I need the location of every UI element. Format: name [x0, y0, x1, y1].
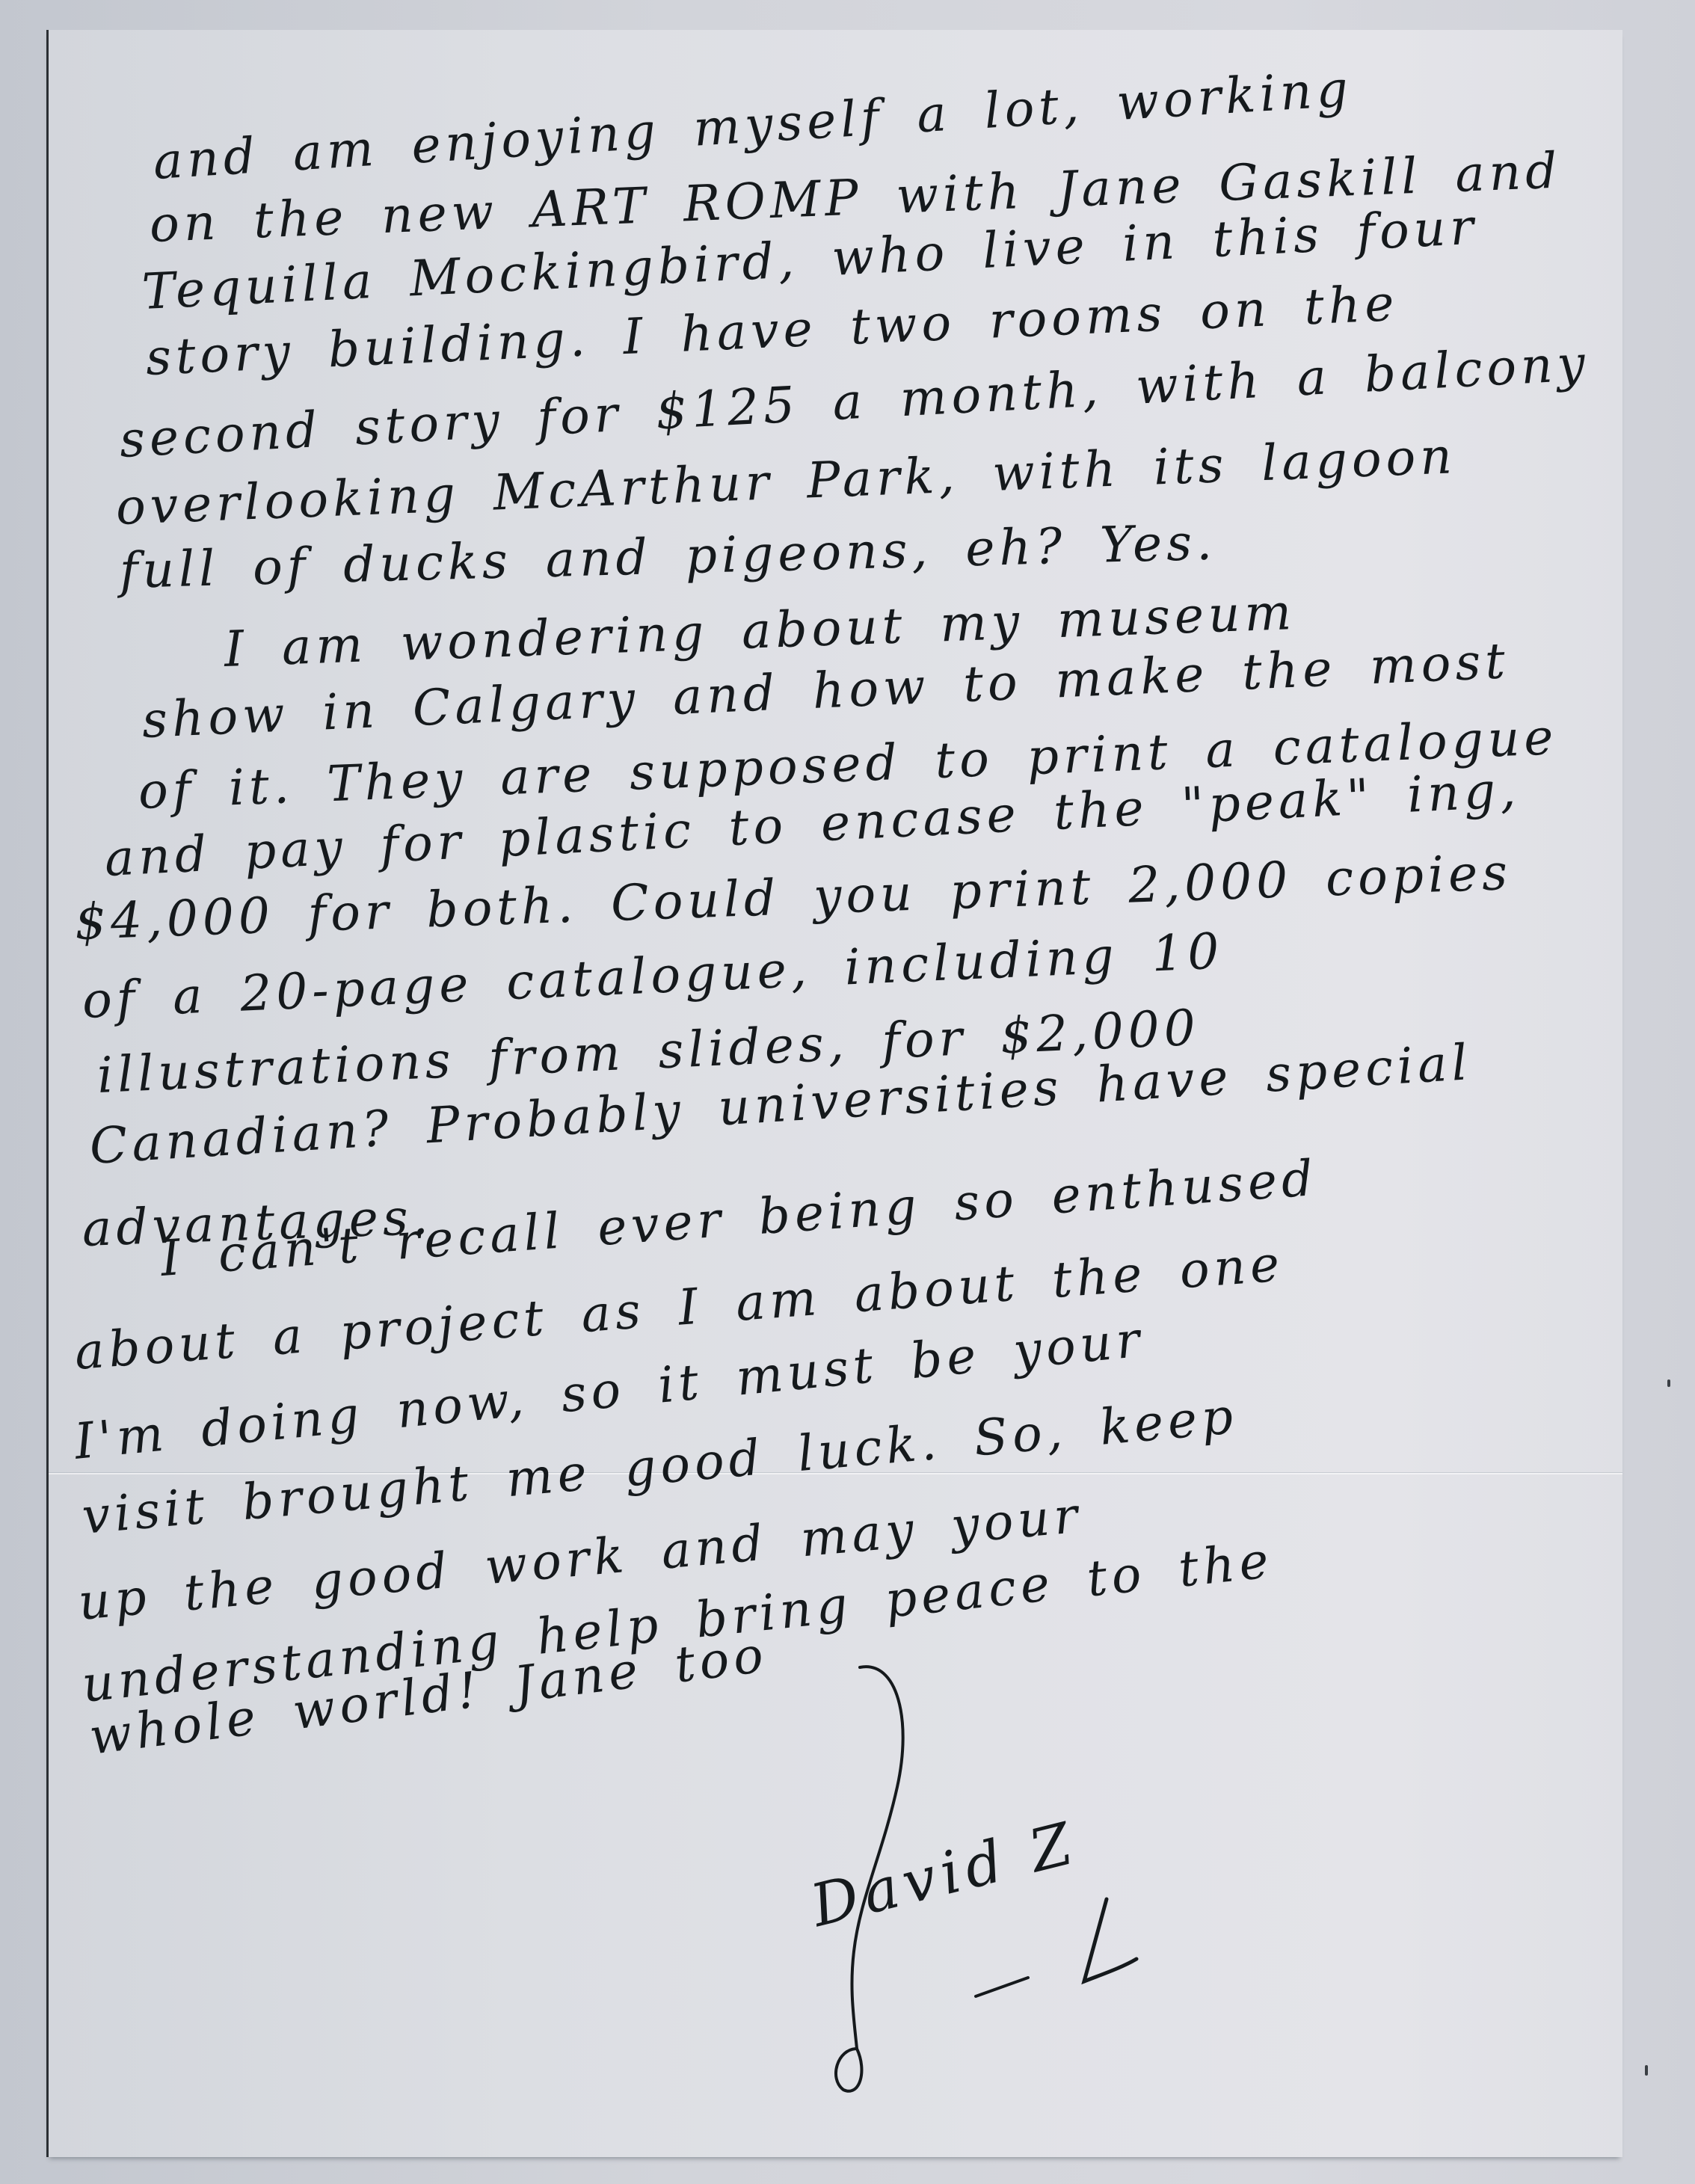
stray-ink-mark	[1667, 1379, 1670, 1387]
stray-ink-mark	[1645, 2065, 1648, 2076]
